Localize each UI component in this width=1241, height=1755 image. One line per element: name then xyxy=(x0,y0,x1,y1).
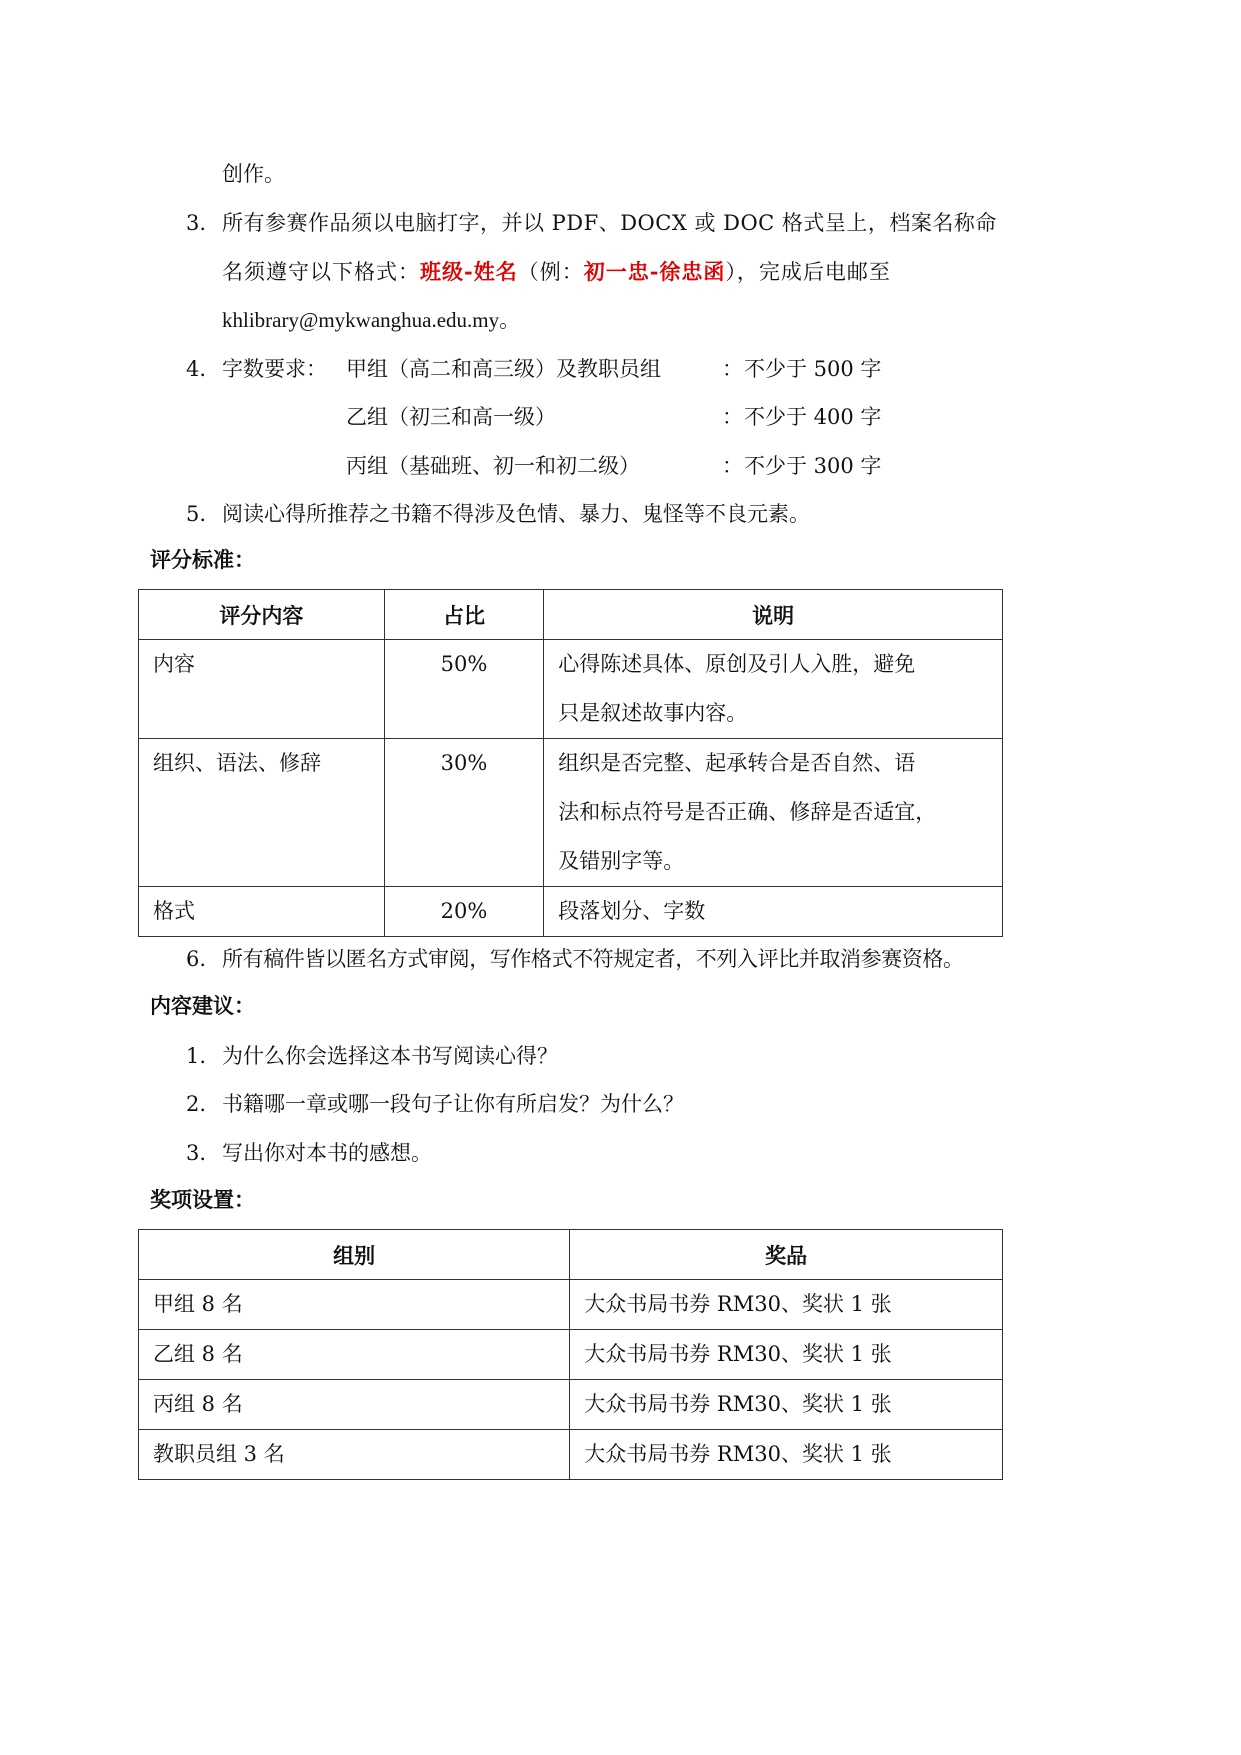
suggestion-item: 为什么你会选择这本书写阅读心得？ xyxy=(222,1042,558,1070)
awards-row: 甲组 8 名 大众书局书券 RM30、奖状 1 张 xyxy=(139,1280,1003,1330)
awards-heading: 奖项设置： xyxy=(150,1186,255,1214)
rule-3-line-2: 名须遵守以下格式：班级-姓名（例：初一忠-徐忠函），完成后电邮至 xyxy=(222,258,891,286)
scoring-item: 内容 xyxy=(153,640,370,689)
scoring-heading: 评分标准： xyxy=(150,546,255,574)
scoring-item: 组织、语法、修辞 xyxy=(153,739,370,788)
awards-header-group: 组别 xyxy=(139,1230,570,1280)
filename-example-highlight: 初一忠-徐忠函 xyxy=(584,259,726,284)
scoring-pct: 20% xyxy=(399,887,530,936)
word-count-sep-a: ： xyxy=(722,355,743,383)
award-group: 丙组 8 名 xyxy=(153,1380,555,1429)
scoring-header-item: 评分内容 xyxy=(139,590,385,640)
suggestion-number: 2. xyxy=(186,1090,206,1118)
word-count-group-a: 甲组（高二和高三级）及教职员组 xyxy=(346,355,661,383)
awards-table: 组别 奖品 甲组 8 名 大众书局书券 RM30、奖状 1 张 乙组 8 名 大… xyxy=(138,1229,1003,1480)
rule-3-number: 3. xyxy=(186,209,206,237)
rule-5-text: 阅读心得所推荐之书籍不得涉及色情、暴力、鬼怪等不良元素。 xyxy=(222,500,810,528)
awards-header-row: 组别 奖品 xyxy=(139,1230,1003,1280)
scoring-row: 格式 20% 段落划分、字数 xyxy=(139,887,1003,937)
suggestions-heading: 内容建议： xyxy=(150,992,255,1020)
rule-6-text: 所有稿件皆以匿名方式审阅，写作格式不符规定者，不列入评比并取消参赛资格。 xyxy=(222,945,964,973)
rule-6-number: 6. xyxy=(186,945,206,973)
awards-header-prize: 奖品 xyxy=(570,1230,1003,1280)
awards-row: 乙组 8 名 大众书局书券 RM30、奖状 1 张 xyxy=(139,1330,1003,1380)
rule-3-format-label: 名须遵守以下格式： xyxy=(222,260,420,284)
filename-format-highlight: 班级-姓名 xyxy=(420,259,518,284)
award-group: 乙组 8 名 xyxy=(153,1330,555,1379)
scoring-header-pct: 占比 xyxy=(384,590,544,640)
suggestion-item: 书籍哪一章或哪一段句子让你有所启发？为什么？ xyxy=(222,1090,684,1118)
contact-email: khlibrary@mykwanghua.edu.my。 xyxy=(222,306,520,334)
word-count-req-b: 不少于 400 字 xyxy=(744,403,881,431)
word-count-sep-b: ： xyxy=(722,403,743,431)
continuation-text: 创作。 xyxy=(222,160,285,188)
awards-row: 丙组 8 名 大众书局书券 RM30、奖状 1 张 xyxy=(139,1380,1003,1430)
award-prize: 大众书局书券 RM30、奖状 1 张 xyxy=(584,1380,988,1429)
rule-5-number: 5. xyxy=(186,500,206,528)
rule-3-email-label: ），完成后电邮至 xyxy=(725,260,891,284)
word-count-sep-c: ： xyxy=(722,452,743,480)
scoring-desc-line: 组织是否完整、起承转合是否自然、语 xyxy=(558,739,988,788)
award-group: 甲组 8 名 xyxy=(153,1280,555,1329)
word-count-req-c: 不少于 300 字 xyxy=(744,452,881,480)
scoring-desc-line: 心得陈述具体、原创及引人入胜，避免 xyxy=(558,640,988,689)
rule-4-number: 4. xyxy=(186,355,206,383)
awards-row: 教职员组 3 名 大众书局书券 RM30、奖状 1 张 xyxy=(139,1430,1003,1480)
word-count-req-a: 不少于 500 字 xyxy=(744,355,881,383)
suggestion-item: 写出你对本书的感想。 xyxy=(222,1139,432,1167)
scoring-pct: 30% xyxy=(399,739,530,788)
scoring-desc-line: 段落划分、字数 xyxy=(558,887,988,936)
suggestion-number: 1. xyxy=(186,1042,206,1070)
award-prize: 大众书局书券 RM30、奖状 1 张 xyxy=(584,1280,988,1329)
scoring-pct: 50% xyxy=(399,640,530,689)
scoring-header-row: 评分内容 占比 说明 xyxy=(139,590,1003,640)
award-prize: 大众书局书券 RM30、奖状 1 张 xyxy=(584,1330,988,1379)
word-count-group-b: 乙组（初三和高一级） xyxy=(346,403,556,431)
scoring-desc-line: 及错别字等。 xyxy=(558,837,988,886)
word-count-label: 字数要求： xyxy=(222,355,327,383)
scoring-row: 内容 50% 心得陈述具体、原创及引人入胜，避免 只是叙述故事内容。 xyxy=(139,640,1003,739)
scoring-item: 格式 xyxy=(153,887,370,936)
rule-3-line-1: 所有参赛作品须以电脑打字，并以 PDF、DOCX 或 DOC 格式呈上，档案名称… xyxy=(222,209,997,237)
suggestion-number: 3. xyxy=(186,1139,206,1167)
scoring-row: 组织、语法、修辞 30% 组织是否完整、起承转合是否自然、语 法和标点符号是否正… xyxy=(139,739,1003,887)
scoring-header-desc: 说明 xyxy=(544,590,1003,640)
award-prize: 大众书局书券 RM30、奖状 1 张 xyxy=(584,1430,988,1479)
scoring-desc-line: 法和标点符号是否正确、修辞是否适宜， xyxy=(558,788,988,837)
scoring-table: 评分内容 占比 说明 内容 50% 心得陈述具体、原创及引人入胜，避免 只是叙述… xyxy=(138,589,1003,937)
award-group: 教职员组 3 名 xyxy=(153,1430,555,1479)
word-count-group-c: 丙组（基础班、初一和初二级） xyxy=(346,452,640,480)
scoring-desc-line: 只是叙述故事内容。 xyxy=(558,689,988,738)
example-open: （例： xyxy=(518,260,584,284)
